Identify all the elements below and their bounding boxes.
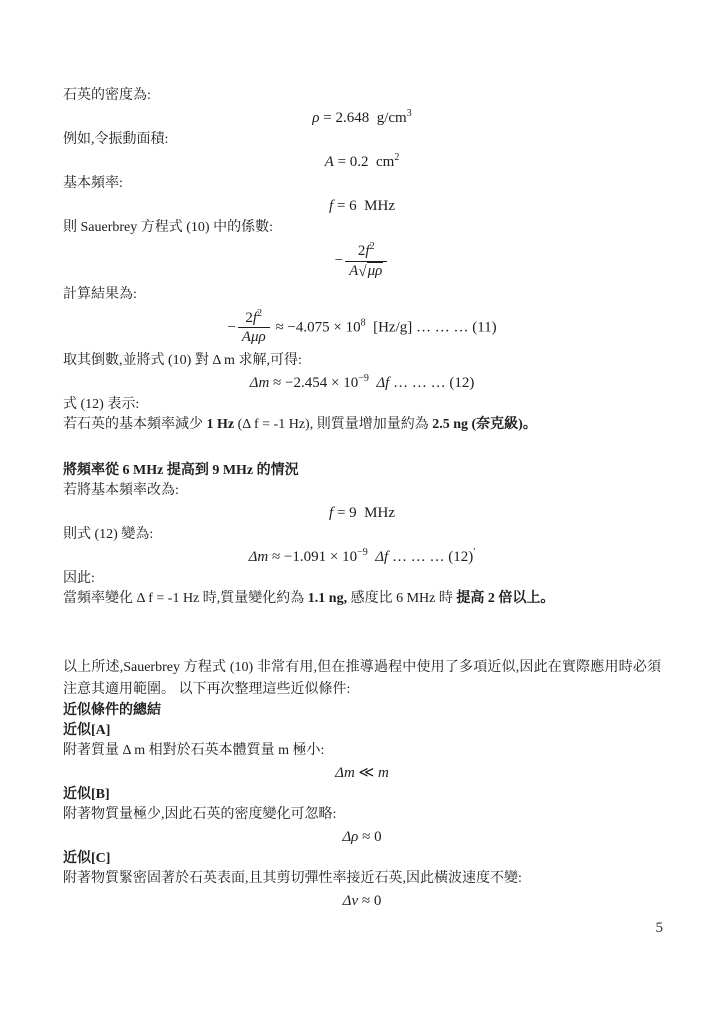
para-sauerbrey-coefficient-label: 則 Sauerbrey 方程式 (10) 中的係數: — [63, 218, 661, 238]
vertical-gap — [63, 435, 661, 461]
para-take-reciprocal: 取其倒數,並將式 (10) 對 Δ m 求解,可得: — [63, 351, 661, 371]
document-page: 石英的密度為:ρ = 2.648 g/cm3例如,令振動面積:A = 0.2 c… — [0, 0, 724, 1024]
formula-frequency-9mhz: f = 9 MHz — [63, 503, 661, 523]
para-eq12-means-label: 式 (12) 表示: — [63, 395, 661, 415]
formula-equation-12: Δm ≈ −2.454 × 10−9 Δf … … … (12) — [63, 373, 661, 393]
formula-delta-rho-zero: Δρ ≈ 0 — [63, 827, 661, 847]
heading-approximation-c: 近似[C] — [63, 849, 661, 869]
fraction: 2f2A√μρ — [345, 243, 387, 280]
formula-coefficient-fraction: −2f2A√μρ — [63, 243, 661, 280]
para-approximation-a-desc: 附著質量 Δ m 相對於石英本體質量 m 極小: — [63, 741, 661, 761]
heading-raise-frequency-case: 將頻率從 6 MHz 提高到 9 MHz 的情況 — [63, 461, 661, 481]
para-quartz-density-label: 石英的密度為: — [63, 86, 661, 106]
vertical-gap-large — [63, 609, 661, 657]
formula-dm-much-less-m: Δm ≪ m — [63, 763, 661, 783]
heading-approximation-b: 近似[B] — [63, 785, 661, 805]
formula-equation-12-prime: Δm ≈ −1.091 × 10−9 Δf … … … (12)′ — [63, 547, 661, 567]
para-vibration-area-label: 例如,令振動面積: — [63, 130, 661, 150]
para-mass-increase-statement: 若石英的基本頻率減少 1 Hz (Δ f = -1 Hz), 則質量增加量約為 … — [63, 415, 661, 435]
para-sensitivity-statement: 當頻率變化 Δ f = -1 Hz 時,質量變化約為 1.1 ng, 感度比 6… — [63, 589, 661, 609]
para-approximation-b-desc: 附著物質量極少,因此石英的密度變化可忽略: — [63, 805, 661, 825]
document-content: 石英的密度為:ρ = 2.648 g/cm3例如,令振動面積:A = 0.2 c… — [63, 86, 661, 911]
para-calculation-result-label: 計算結果為: — [63, 285, 661, 305]
para-change-frequency-label: 若將基本頻率改為: — [63, 481, 661, 501]
heading-approximation-a: 近似[A] — [63, 721, 661, 741]
para-approximation-c-desc: 附著物質緊密固著於石英表面,且其剪切彈性率接近石英,因此橫波速度不變: — [63, 869, 661, 889]
formula-equation-11: −2f2Aμρ ≈ −4.075 × 108 [Hz/g] … … … (11) — [63, 310, 661, 347]
formula-frequency-6mhz: f = 6 MHz — [63, 196, 661, 216]
page-number: 5 — [656, 918, 664, 938]
para-therefore-label: 因此: — [63, 569, 661, 589]
square-root: √μρ — [358, 263, 383, 279]
formula-delta-v-zero: Δv ≈ 0 — [63, 891, 661, 911]
fraction: 2f2Aμρ — [238, 310, 270, 347]
formula-area-value: A = 0.2 cm2 — [63, 152, 661, 172]
heading-approximation-summary: 近似條件的總結 — [63, 701, 661, 721]
para-summary-intro: 以上所述,Sauerbrey 方程式 (10) 非常有用,但在推導過程中使用了多… — [63, 657, 661, 701]
formula-rho-value: ρ = 2.648 g/cm3 — [63, 108, 661, 128]
para-eq12-becomes-label: 則式 (12) 變為: — [63, 525, 661, 545]
para-fundamental-frequency-label: 基本頻率: — [63, 174, 661, 194]
